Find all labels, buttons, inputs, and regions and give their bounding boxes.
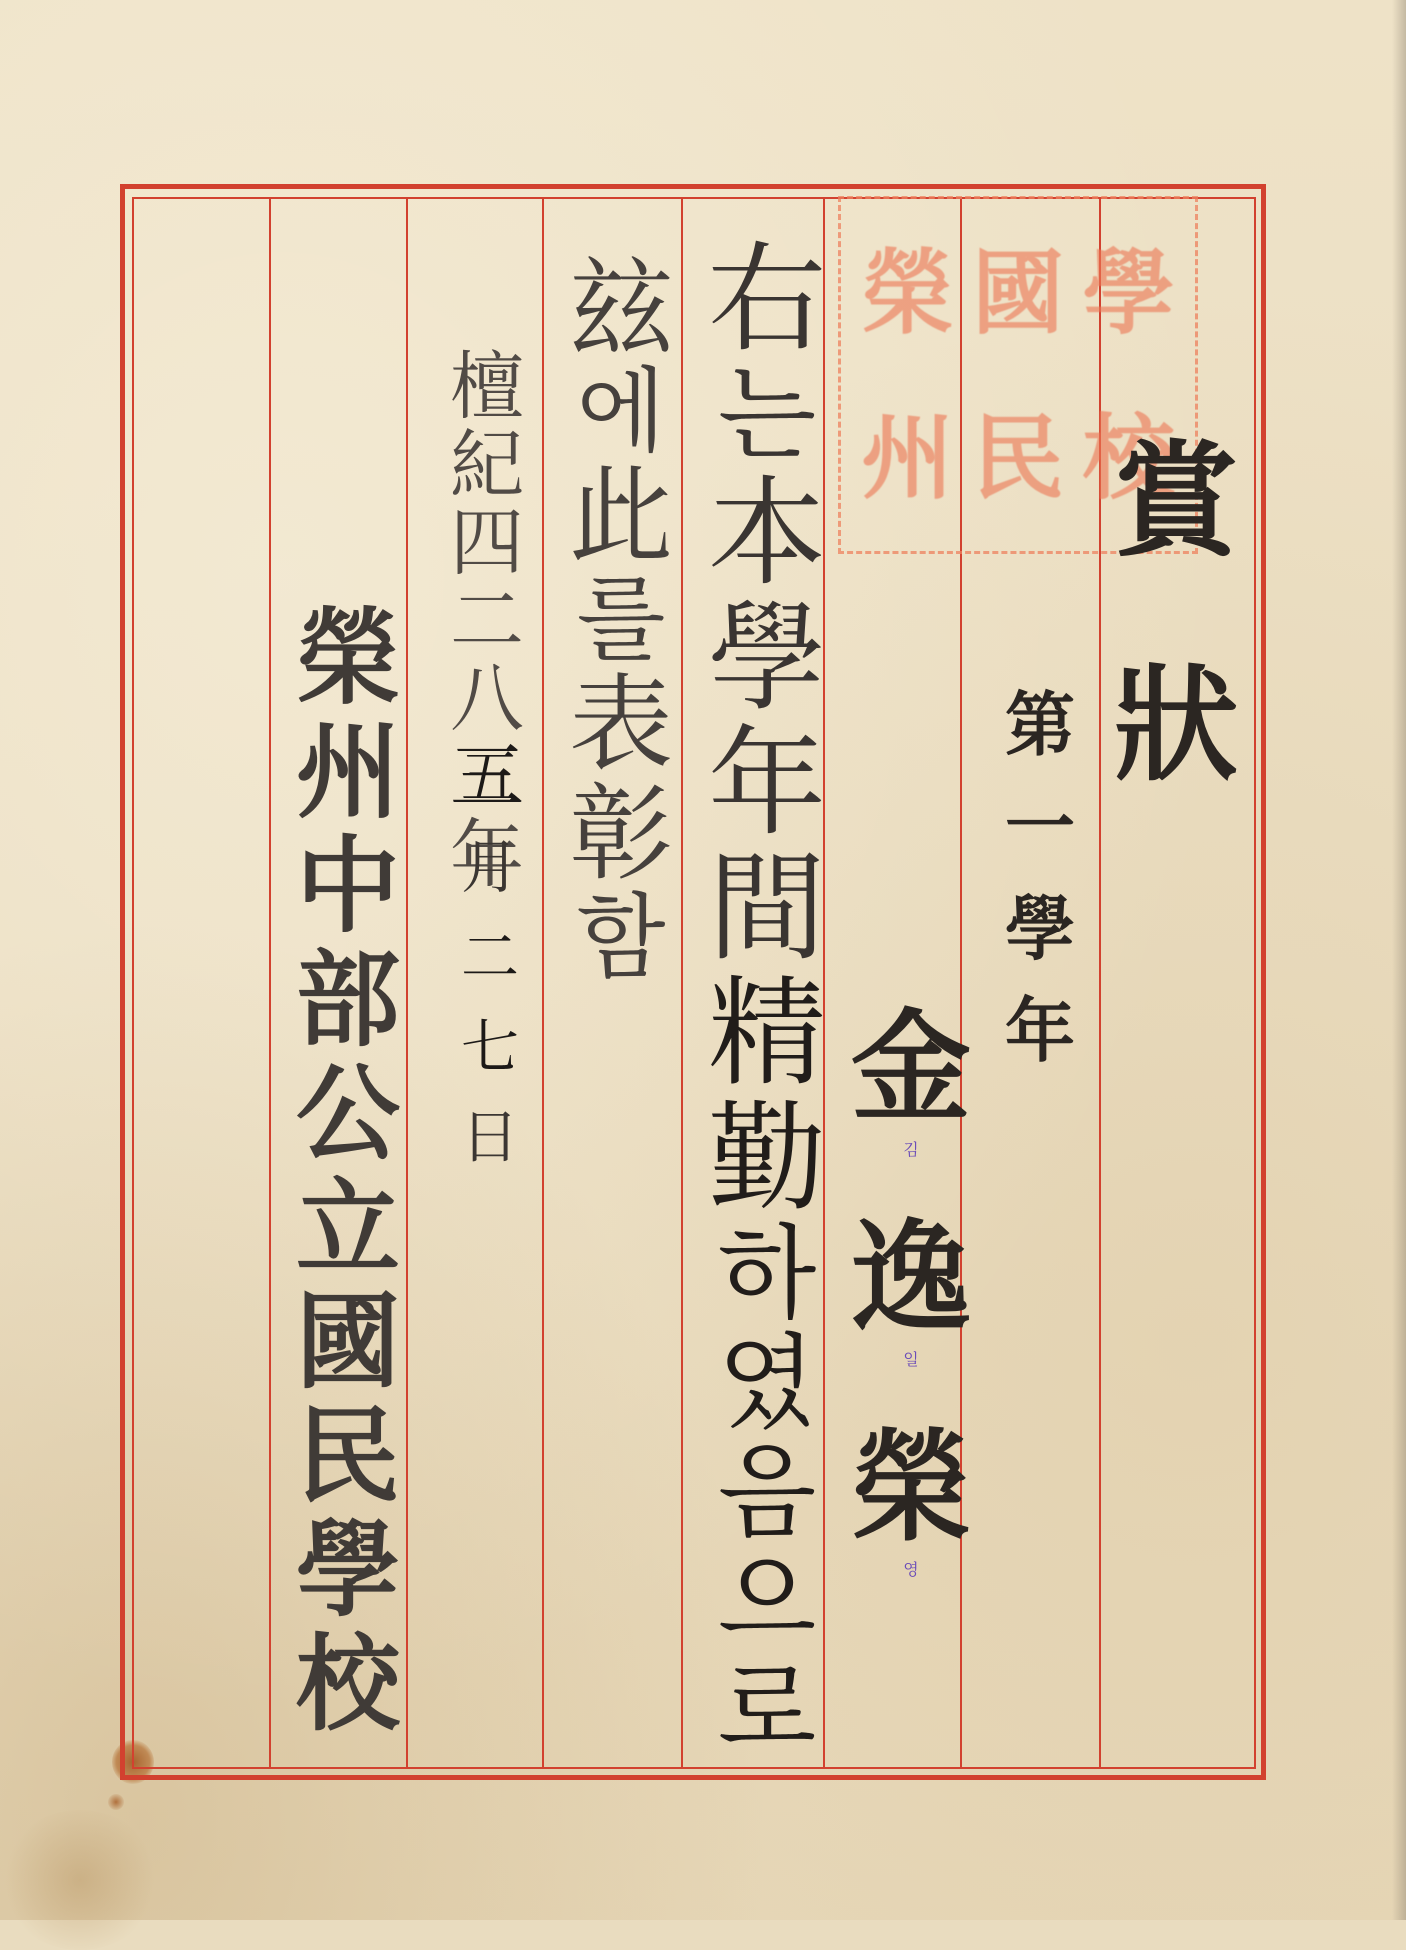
school-char: 立 (296, 1176, 400, 1280)
body-char: 此 (569, 464, 673, 568)
body-char: 年 (708, 724, 826, 842)
body-char: 에 (577, 366, 666, 458)
body-char: 음 (718, 1442, 817, 1544)
school-char: 中 (296, 834, 400, 938)
name-reading: 일 (903, 1352, 918, 1368)
title-char: 賞 (1114, 440, 1238, 564)
date-char: 八 (450, 662, 524, 736)
date-char: 月 (461, 838, 519, 896)
title-char: 狀 (1114, 664, 1238, 788)
seal-glyph: 學 (1076, 213, 1181, 372)
body-char: 本 (708, 474, 826, 592)
body-char: 를 (577, 574, 666, 666)
school-char: 部 (296, 948, 400, 1052)
seal-glyph: 國 (966, 213, 1071, 372)
column-rule (542, 199, 544, 1767)
name-char: 逸 (851, 1218, 971, 1338)
body-char: 玆 (569, 256, 673, 360)
date-char: 二 (461, 928, 519, 986)
name-char: 金 (851, 1008, 971, 1128)
grade-char: 第 (1005, 690, 1075, 760)
body-char: 함 (577, 892, 666, 984)
body-char: 彰 (569, 782, 673, 886)
grade-label: 第 一 學 年 (990, 690, 1090, 1098)
date-month-day: 五 月 二 七 日 (440, 748, 540, 1198)
body-text-line-1: 右 는 本 學 年 間 精 勤 하 였 음 으 로 (688, 240, 846, 1769)
name-char: 榮 (851, 1428, 971, 1548)
seal-glyph: 榮 (855, 213, 960, 372)
date-char: 紀 (450, 428, 524, 502)
body-text-line-2: 玆 에 此 를 表 彰 함 (548, 256, 694, 990)
seal-glyph: 民 (966, 378, 1071, 537)
paper-edge-shadow (1392, 0, 1406, 1920)
date-char: 四 (450, 506, 524, 580)
seal-glyph: 州 (855, 378, 960, 537)
school-char: 榮 (296, 606, 400, 710)
body-char: 勤 (708, 1099, 826, 1217)
name-reading: 김 (903, 1142, 918, 1158)
body-char: 으 (718, 1551, 817, 1653)
body-char: 間 (708, 849, 826, 967)
body-char: 하 (718, 1224, 817, 1326)
school-char: 州 (296, 720, 400, 824)
school-char: 民 (296, 1404, 400, 1508)
body-char: 로 (718, 1660, 817, 1762)
name-reading: 영 (903, 1562, 918, 1578)
body-char: 는 (718, 365, 817, 467)
column-rule (269, 199, 271, 1767)
body-char: 右 (708, 240, 826, 358)
certificate-title: 賞 狀 (1096, 440, 1256, 888)
date-char: 日 (461, 1108, 519, 1166)
body-char: 精 (708, 974, 826, 1092)
date-char: 七 (461, 1018, 519, 1076)
recipient-name: 金 김 逸 일 榮 영 (836, 1008, 986, 1638)
body-char: 學 (708, 599, 826, 717)
stain-mark (108, 1794, 124, 1810)
grade-char: 年 (1005, 996, 1075, 1066)
school-char: 國 (296, 1290, 400, 1394)
date-char: 二 (450, 584, 524, 658)
grade-char: 一 (1005, 792, 1075, 862)
body-char: 表 (569, 672, 673, 776)
school-char: 校 (296, 1632, 400, 1736)
date-char: 五 (461, 748, 519, 806)
body-char: 였 (718, 1333, 817, 1435)
date-char: 檀 (450, 350, 524, 424)
school-char: 公 (296, 1062, 400, 1166)
grade-char: 學 (1005, 894, 1075, 964)
school-char: 學 (296, 1518, 400, 1622)
issuing-school: 榮 州 中 部 公 立 國 民 學 校 (278, 606, 418, 1746)
